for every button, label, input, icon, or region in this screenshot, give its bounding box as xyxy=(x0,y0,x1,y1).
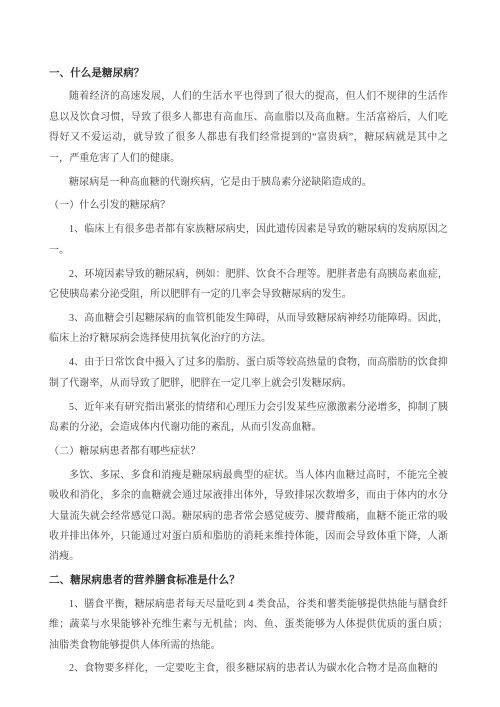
document-content: 一、什么是糖尿病？ 随着经济的高速发展，人们的生活水平也得到了很大的提高，但人们… xyxy=(49,64,448,683)
section-heading-what-is-diabetes: 一、什么是糖尿病？ xyxy=(49,64,448,84)
paragraph-cause-3: 3、高血糖会引起糖尿病的血管机能发生障碍，从而导致糖尿病神经功能障碍。因此，临床… xyxy=(49,309,448,350)
subheading-causes: （一）什么引发的糖尿病？ xyxy=(49,196,448,216)
paragraph-symptoms: 多饮、多尿、多食和消瘦是糖尿病最典型的症状。当人体内血糖过高时，不能完全被吸收和… xyxy=(49,466,448,568)
paragraph-cause-1: 1、临床上有很多患者都有家族糖尿病史，因此遗传因素是导致的糖尿病的发病原因之一。 xyxy=(49,220,448,261)
paragraph-cause-2: 2、环境因素导致的糖尿病，例如：肥胖、饮食不合理等。肥胖者患有高胰岛素血症，它使… xyxy=(49,265,448,306)
paragraph-definition: 糖尿病是一种高血糖的代谢疾病，它是由于胰岛素分泌缺陷造成的。 xyxy=(49,173,448,193)
subheading-symptoms: （二）糖尿病患者都有哪些症状？ xyxy=(49,442,448,462)
paragraph-cause-4: 4、由于日常饮食中摄入了过多的脂肪、蛋白质等较高热量的食物，而高脂肪的饮食抑制了… xyxy=(49,353,448,394)
document-page: 一、什么是糖尿病？ 随着经济的高速发展，人们的生活水平也得到了很大的提高，但人们… xyxy=(0,0,500,707)
paragraph-diet-2-truncated: 2、食物要多样化，一定要吃主食，很多糖尿病的患者认为碳水化合物才是高血糖的 xyxy=(49,659,448,679)
paragraph-intro: 随着经济的高速发展，人们的生活水平也得到了很大的提高，但人们不规律的生活作息以及… xyxy=(49,87,448,169)
paragraph-cause-5: 5、近年来有研究指出紧张的情绪和心理压力会引发某些应激激素分泌增多，抑制了胰岛素… xyxy=(49,398,448,439)
section-heading-diet-standard: 二、糖尿病患者的营养膳食标准是什么？ xyxy=(49,571,448,591)
paragraph-diet-1: 1、膳食平衡，糖尿病患者每天尽量吃到 4 类食品，谷类和薯类能够提供热能与膳食纤… xyxy=(49,595,448,656)
